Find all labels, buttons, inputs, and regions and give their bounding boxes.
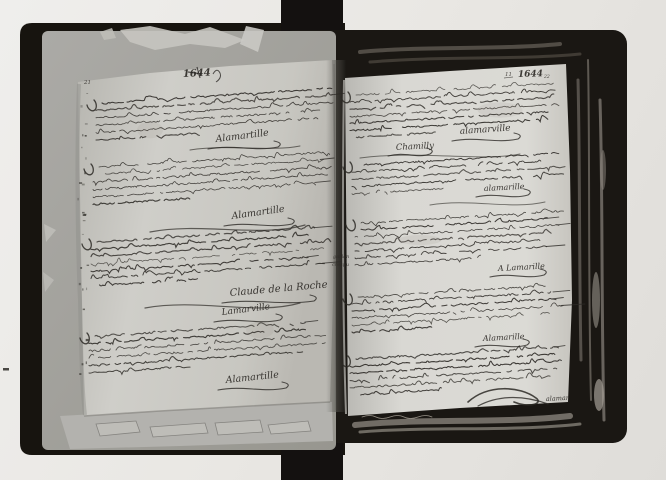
- margin-note-line1: garlan: [333, 254, 349, 260]
- edge-ink-speck: [77, 198, 79, 201]
- margin-speck: [3, 368, 9, 371]
- edge-ink-speck: [81, 147, 82, 148]
- signature: alamar: [546, 394, 570, 403]
- edge-ink-speck: [79, 283, 81, 285]
- edge-ink-speck: [85, 135, 87, 137]
- right-year-heading: 1644: [518, 69, 543, 80]
- edge-ink-speck: [82, 184, 85, 186]
- paper-stain: [137, 122, 163, 139]
- edge-ink-speck: [83, 214, 86, 216]
- paper-stain: [477, 102, 522, 117]
- margin-note-line2: crespu: [332, 262, 349, 268]
- edge-ink-speck: [85, 157, 87, 159]
- edge-ink-speck: [87, 265, 90, 266]
- edge-ink-speck: [86, 339, 89, 341]
- edge-ink-speck: [82, 134, 83, 136]
- edge-ink-speck: [83, 220, 86, 221]
- edge-ink-speck: [86, 93, 88, 94]
- edge-ink-speck: [79, 373, 81, 375]
- left-page-paper: [78, 60, 334, 416]
- edge-ink-speck: [85, 123, 88, 124]
- paper-stain: [246, 322, 274, 338]
- edge-ink-speck: [83, 309, 85, 311]
- edge-ink-speck: [80, 267, 82, 269]
- edge-ink-speck: [79, 182, 82, 184]
- edge-ink-speck: [86, 288, 87, 291]
- edge-ink-speck: [82, 234, 84, 235]
- book-photo: 21 1644 11 1644 22 garlan crespu Alamart…: [0, 0, 666, 480]
- edge-ink-speck: [86, 361, 87, 364]
- edge-ink-speck: [81, 105, 83, 108]
- edge-ink-speck: [82, 212, 85, 214]
- edge-ink-speck: [82, 288, 83, 290]
- archival-book-scan: 21 1644 11 1644 22 garlan crespu Alamart…: [0, 0, 666, 480]
- paper-stain: [399, 235, 442, 245]
- right-folio-small-right: 22: [543, 74, 550, 80]
- edge-ink-speck: [82, 363, 84, 365]
- signature: Chamilly: [396, 141, 435, 153]
- edge-ink-speck: [84, 172, 86, 175]
- left-folio-number: 21: [83, 80, 91, 86]
